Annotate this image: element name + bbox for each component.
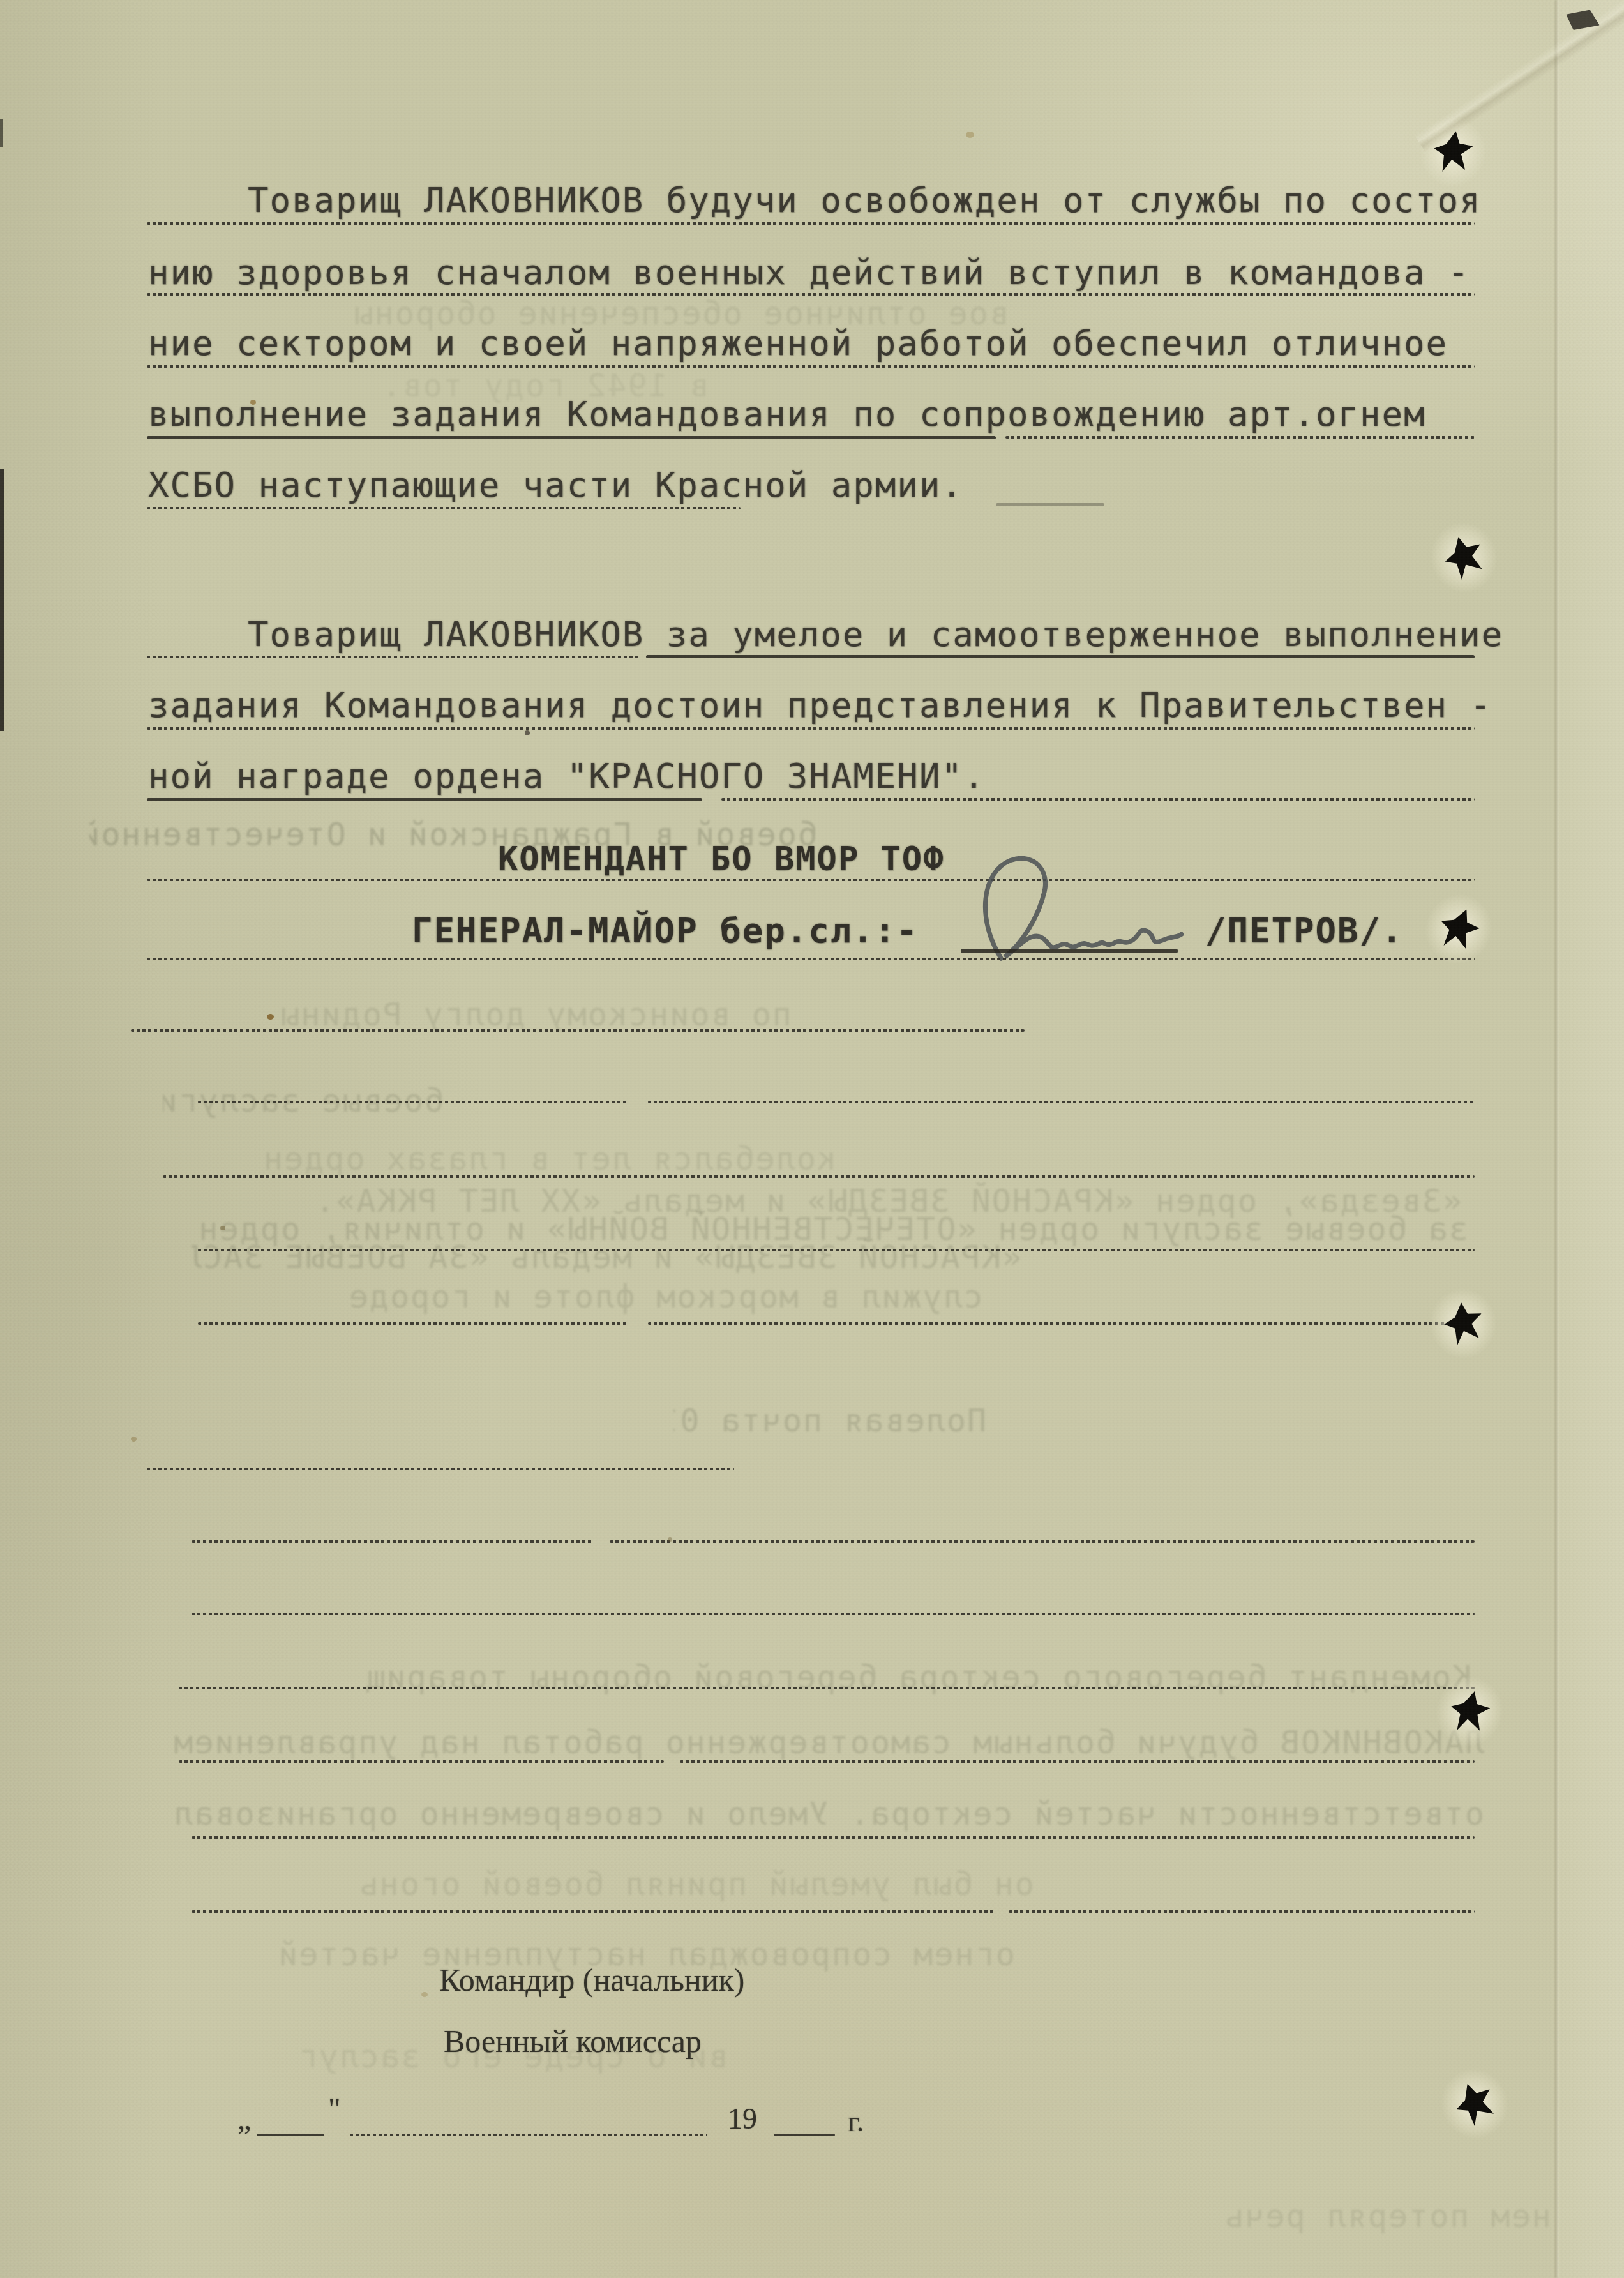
punched-hole bbox=[1431, 128, 1475, 176]
scanned-award-document: вое отличное обеспечение обороны в 1942 … bbox=[0, 0, 1624, 2278]
blank-rule bbox=[163, 1175, 1475, 1178]
torn-left-edge bbox=[0, 469, 4, 731]
typed-line: ной награде ордена "КРАСНОГО ЗНАМЕНИ". bbox=[148, 756, 985, 796]
bleedthrough-line: он был умелый принял боевой огонь bbox=[192, 1866, 1034, 1903]
bleedthrough-line: колебался лет в глазах орден bbox=[160, 1140, 836, 1177]
blank-rule bbox=[648, 1101, 1475, 1103]
bleedthrough-line: ответственности частей сектора. Умело и … bbox=[105, 1795, 1484, 1832]
date-quote-open: „ bbox=[237, 2102, 251, 2137]
blank-rule bbox=[131, 1029, 1025, 1032]
blank-rule bbox=[648, 1322, 1475, 1325]
punched-hole bbox=[1440, 532, 1487, 582]
blank-rule bbox=[192, 1910, 996, 1913]
signature-underline bbox=[961, 949, 1178, 953]
signature-name: /ПЕТРОВ/. bbox=[1205, 910, 1404, 951]
punched-hole bbox=[1442, 1301, 1484, 1346]
blank-rule bbox=[179, 1760, 664, 1763]
punched-hole bbox=[1446, 1687, 1493, 1737]
typed-line: ние сектором и своей напряженной работой… bbox=[148, 323, 1448, 363]
underline-rule bbox=[147, 507, 741, 509]
paper-speck bbox=[267, 1014, 274, 1020]
blank-rule bbox=[192, 1540, 594, 1543]
blank-rule bbox=[1009, 1910, 1475, 1913]
punched-hole bbox=[1450, 2078, 1500, 2131]
underline-rule bbox=[147, 436, 996, 439]
typed-line: Товарищ ЛАКОВНИКОВ будучи освобожден от … bbox=[248, 180, 1482, 220]
bleedthrough-line: Комендант берегового сектора береговой о… bbox=[163, 1659, 1471, 1696]
underline-rule bbox=[1005, 436, 1475, 439]
paper-speck bbox=[668, 1537, 672, 1542]
commissar-label: Военный комиссар bbox=[444, 2023, 702, 2060]
date-blank-month bbox=[350, 2134, 707, 2136]
blank-rule bbox=[147, 1468, 734, 1470]
blank-rule bbox=[192, 1613, 1475, 1615]
bleedthrough-line: служил в морском флоте и городе Одессе. bbox=[345, 1278, 983, 1315]
underline-rule bbox=[147, 879, 1475, 881]
underline-rule bbox=[147, 798, 702, 801]
underline-rule bbox=[646, 655, 1475, 658]
underline-rule bbox=[996, 503, 1104, 506]
blank-rule bbox=[179, 1687, 1475, 1689]
date-blank-year bbox=[774, 2134, 835, 2136]
typed-line: ХСБО наступающие части Красной армии. bbox=[148, 465, 963, 505]
underline-rule bbox=[147, 222, 1475, 225]
underline-rule bbox=[147, 727, 1475, 730]
bleedthrough-line: нем потерял речь bbox=[1200, 2198, 1551, 2235]
blank-rule bbox=[680, 1760, 1475, 1763]
torn-left-edge bbox=[0, 119, 3, 147]
blank-rule bbox=[198, 1249, 1475, 1251]
blank-rule bbox=[198, 1322, 629, 1325]
underline-rule bbox=[721, 798, 1475, 801]
paper-speck bbox=[525, 730, 530, 735]
typed-line: Товарищ ЛАКОВНИКОВ за умелое и самоотвер… bbox=[248, 614, 1503, 654]
date-blank-day bbox=[257, 2134, 324, 2136]
date-year-suffix: г. bbox=[848, 2104, 864, 2138]
typed-line: выполнение задания Командования по сопро… bbox=[148, 394, 1426, 434]
blank-rule bbox=[192, 1836, 1475, 1839]
bleedthrough-line: ЛАКОВНИКОВ будучи больным самоотверженно… bbox=[86, 1724, 1484, 1761]
underline-rule bbox=[147, 293, 1475, 296]
bleedthrough-line: по воинскому долгу Родины bbox=[192, 996, 792, 1033]
bleedthrough-line: «КРАСНОЙ ЗВЕЗДЫ» и медаль «ЗА БОЕВЫЕ ЗАС… bbox=[192, 1239, 1021, 1276]
typed-line: задания Командования достоин представлен… bbox=[148, 685, 1492, 725]
underline-rule bbox=[147, 958, 1475, 960]
date-year-prefix: 19 bbox=[728, 2102, 757, 2136]
blank-rule bbox=[610, 1540, 1475, 1543]
commandant-line: КОМЕНДАНТ БО ВМОР ТОФ bbox=[498, 840, 944, 879]
handwritten-signature bbox=[958, 850, 1194, 964]
paper-speck bbox=[220, 1226, 225, 1230]
paper-speck bbox=[421, 1992, 428, 1997]
rank-line: ГЕНЕРАЛ-МАЙОР бер.сл.:- bbox=[412, 910, 919, 951]
typed-line: нию здоровья сначалом военных действий в… bbox=[148, 252, 1470, 292]
commander-label: Командир (начальник) bbox=[439, 1961, 744, 1998]
underline-rule bbox=[147, 656, 638, 658]
bleedthrough-line: Полевая почта 01662. bbox=[673, 1402, 986, 1439]
paper-speck bbox=[966, 132, 974, 138]
paper-speck bbox=[250, 400, 256, 405]
underline-rule bbox=[147, 365, 1475, 368]
fold-light-band bbox=[1558, 0, 1624, 2278]
blank-rule bbox=[198, 1101, 629, 1103]
paper-speck bbox=[131, 1437, 137, 1442]
punched-hole bbox=[1433, 902, 1484, 956]
date-quote-close: " bbox=[328, 2092, 341, 2127]
